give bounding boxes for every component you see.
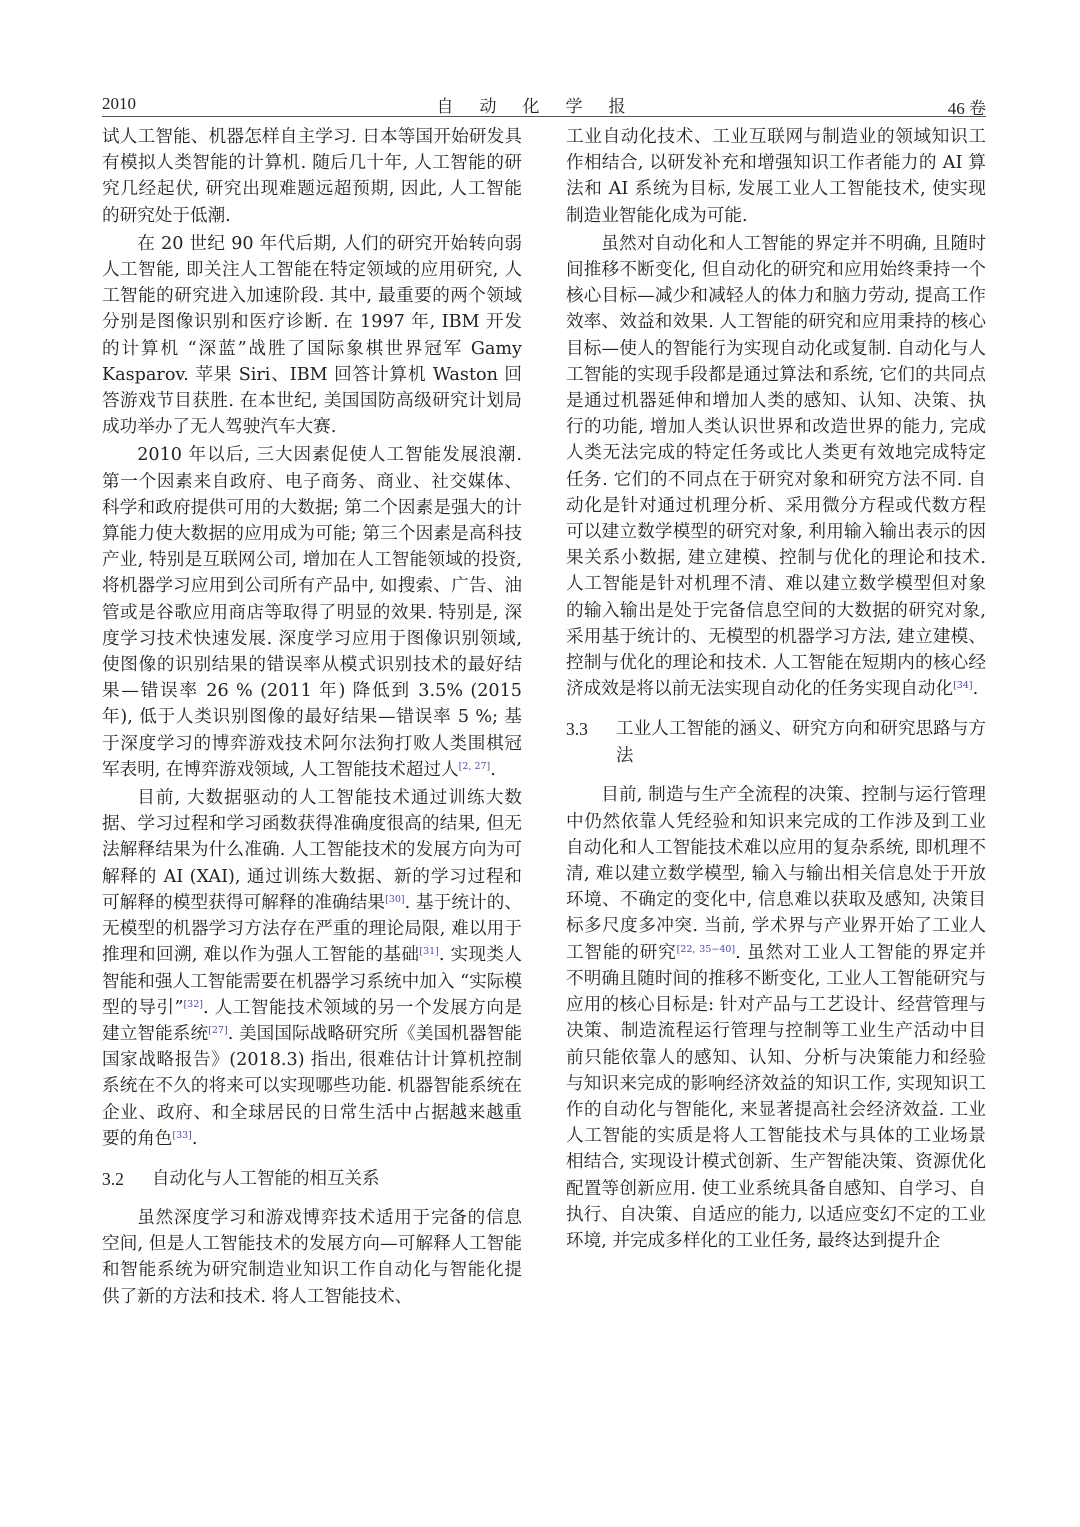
citation[interactable]: [33]	[172, 1130, 192, 1141]
section-title: 自动化与人工智能的相互关系	[152, 1166, 522, 1193]
citation[interactable]: [32]	[183, 999, 203, 1010]
paragraph-tail: .	[973, 679, 979, 699]
paragraph: 虽然深度学习和游戏博弈技术适用于完备的信息空间, 但是人工智能技术的发展方向—可…	[102, 1205, 522, 1310]
paragraph-tail: .	[490, 760, 496, 780]
paragraph-text: 虽然对自动化和人工智能的界定并不明确, 且随时间推移不断变化, 但自动化的研究和…	[566, 234, 986, 699]
paragraph: 目前, 大数据驱动的人工智能技术通过训练大数据、学习过程和学习函数获得准确度很高…	[102, 785, 522, 1152]
paragraph-text: 目前, 制造与生产全流程的决策、控制与运行管理中仍然依靠人凭经验和知识来完成的工…	[566, 785, 986, 962]
right-column: 工业自动化技术、工业互联网与制造业的领域知识工作相结合, 以研发补充和增强知识工…	[566, 124, 986, 1254]
paragraph: 目前, 制造与生产全流程的决策、控制与运行管理中仍然依靠人凭经验和知识来完成的工…	[566, 782, 986, 1254]
citation[interactable]: [34]	[953, 680, 973, 691]
journal-title: 自动化学报	[102, 92, 986, 117]
paragraph: 在 20 世纪 90 年代后期, 人们的研究开始转向弱人工智能, 即关注人工智能…	[102, 231, 522, 441]
paragraph: 虽然对自动化和人工智能的界定并不明确, 且随时间推移不断变化, 但自动化的研究和…	[566, 231, 986, 703]
running-header: 2010 自动化学报 46 卷	[102, 92, 986, 117]
paragraph-text: .	[192, 1129, 198, 1149]
section-number: 3.2	[102, 1166, 152, 1193]
left-column: 试人工智能、机器怎样自主学习. 日本等国开始研发具有模拟人类智能的计算机. 随后…	[102, 124, 522, 1310]
paragraph: 2010 年以后, 三大因素促使人工智能发展浪潮. 第一个因素来自政府、电子商务…	[102, 442, 522, 783]
section-heading-3-2: 3.2 自动化与人工智能的相互关系	[102, 1166, 522, 1193]
citation[interactable]: [27]	[208, 1025, 228, 1036]
citation[interactable]: [30]	[385, 894, 405, 905]
paragraph: 试人工智能、机器怎样自主学习. 日本等国开始研发具有模拟人类智能的计算机. 随后…	[102, 124, 522, 229]
section-heading-3-3: 3.3 工业人工智能的涵义、研究方向和研究思路与方法	[566, 716, 986, 770]
citation[interactable]: [22, 35−40]	[677, 944, 736, 955]
citation[interactable]: [2, 27]	[459, 761, 491, 772]
section-title: 工业人工智能的涵义、研究方向和研究思路与方法	[616, 716, 986, 770]
paragraph-text: 2010 年以后, 三大因素促使人工智能发展浪潮. 第一个因素来自政府、电子商务…	[102, 445, 522, 779]
section-number: 3.3	[566, 716, 616, 770]
paragraph: 工业自动化技术、工业互联网与制造业的领域知识工作相结合, 以研发补充和增强知识工…	[566, 124, 986, 229]
paragraph-tail: . 虽然对工业人工智能的界定并不明确且随时间的推移不断变化, 工业人工智能研究与…	[566, 943, 986, 1251]
citation[interactable]: [31]	[419, 946, 439, 957]
volume-label: 46 卷	[948, 94, 986, 119]
